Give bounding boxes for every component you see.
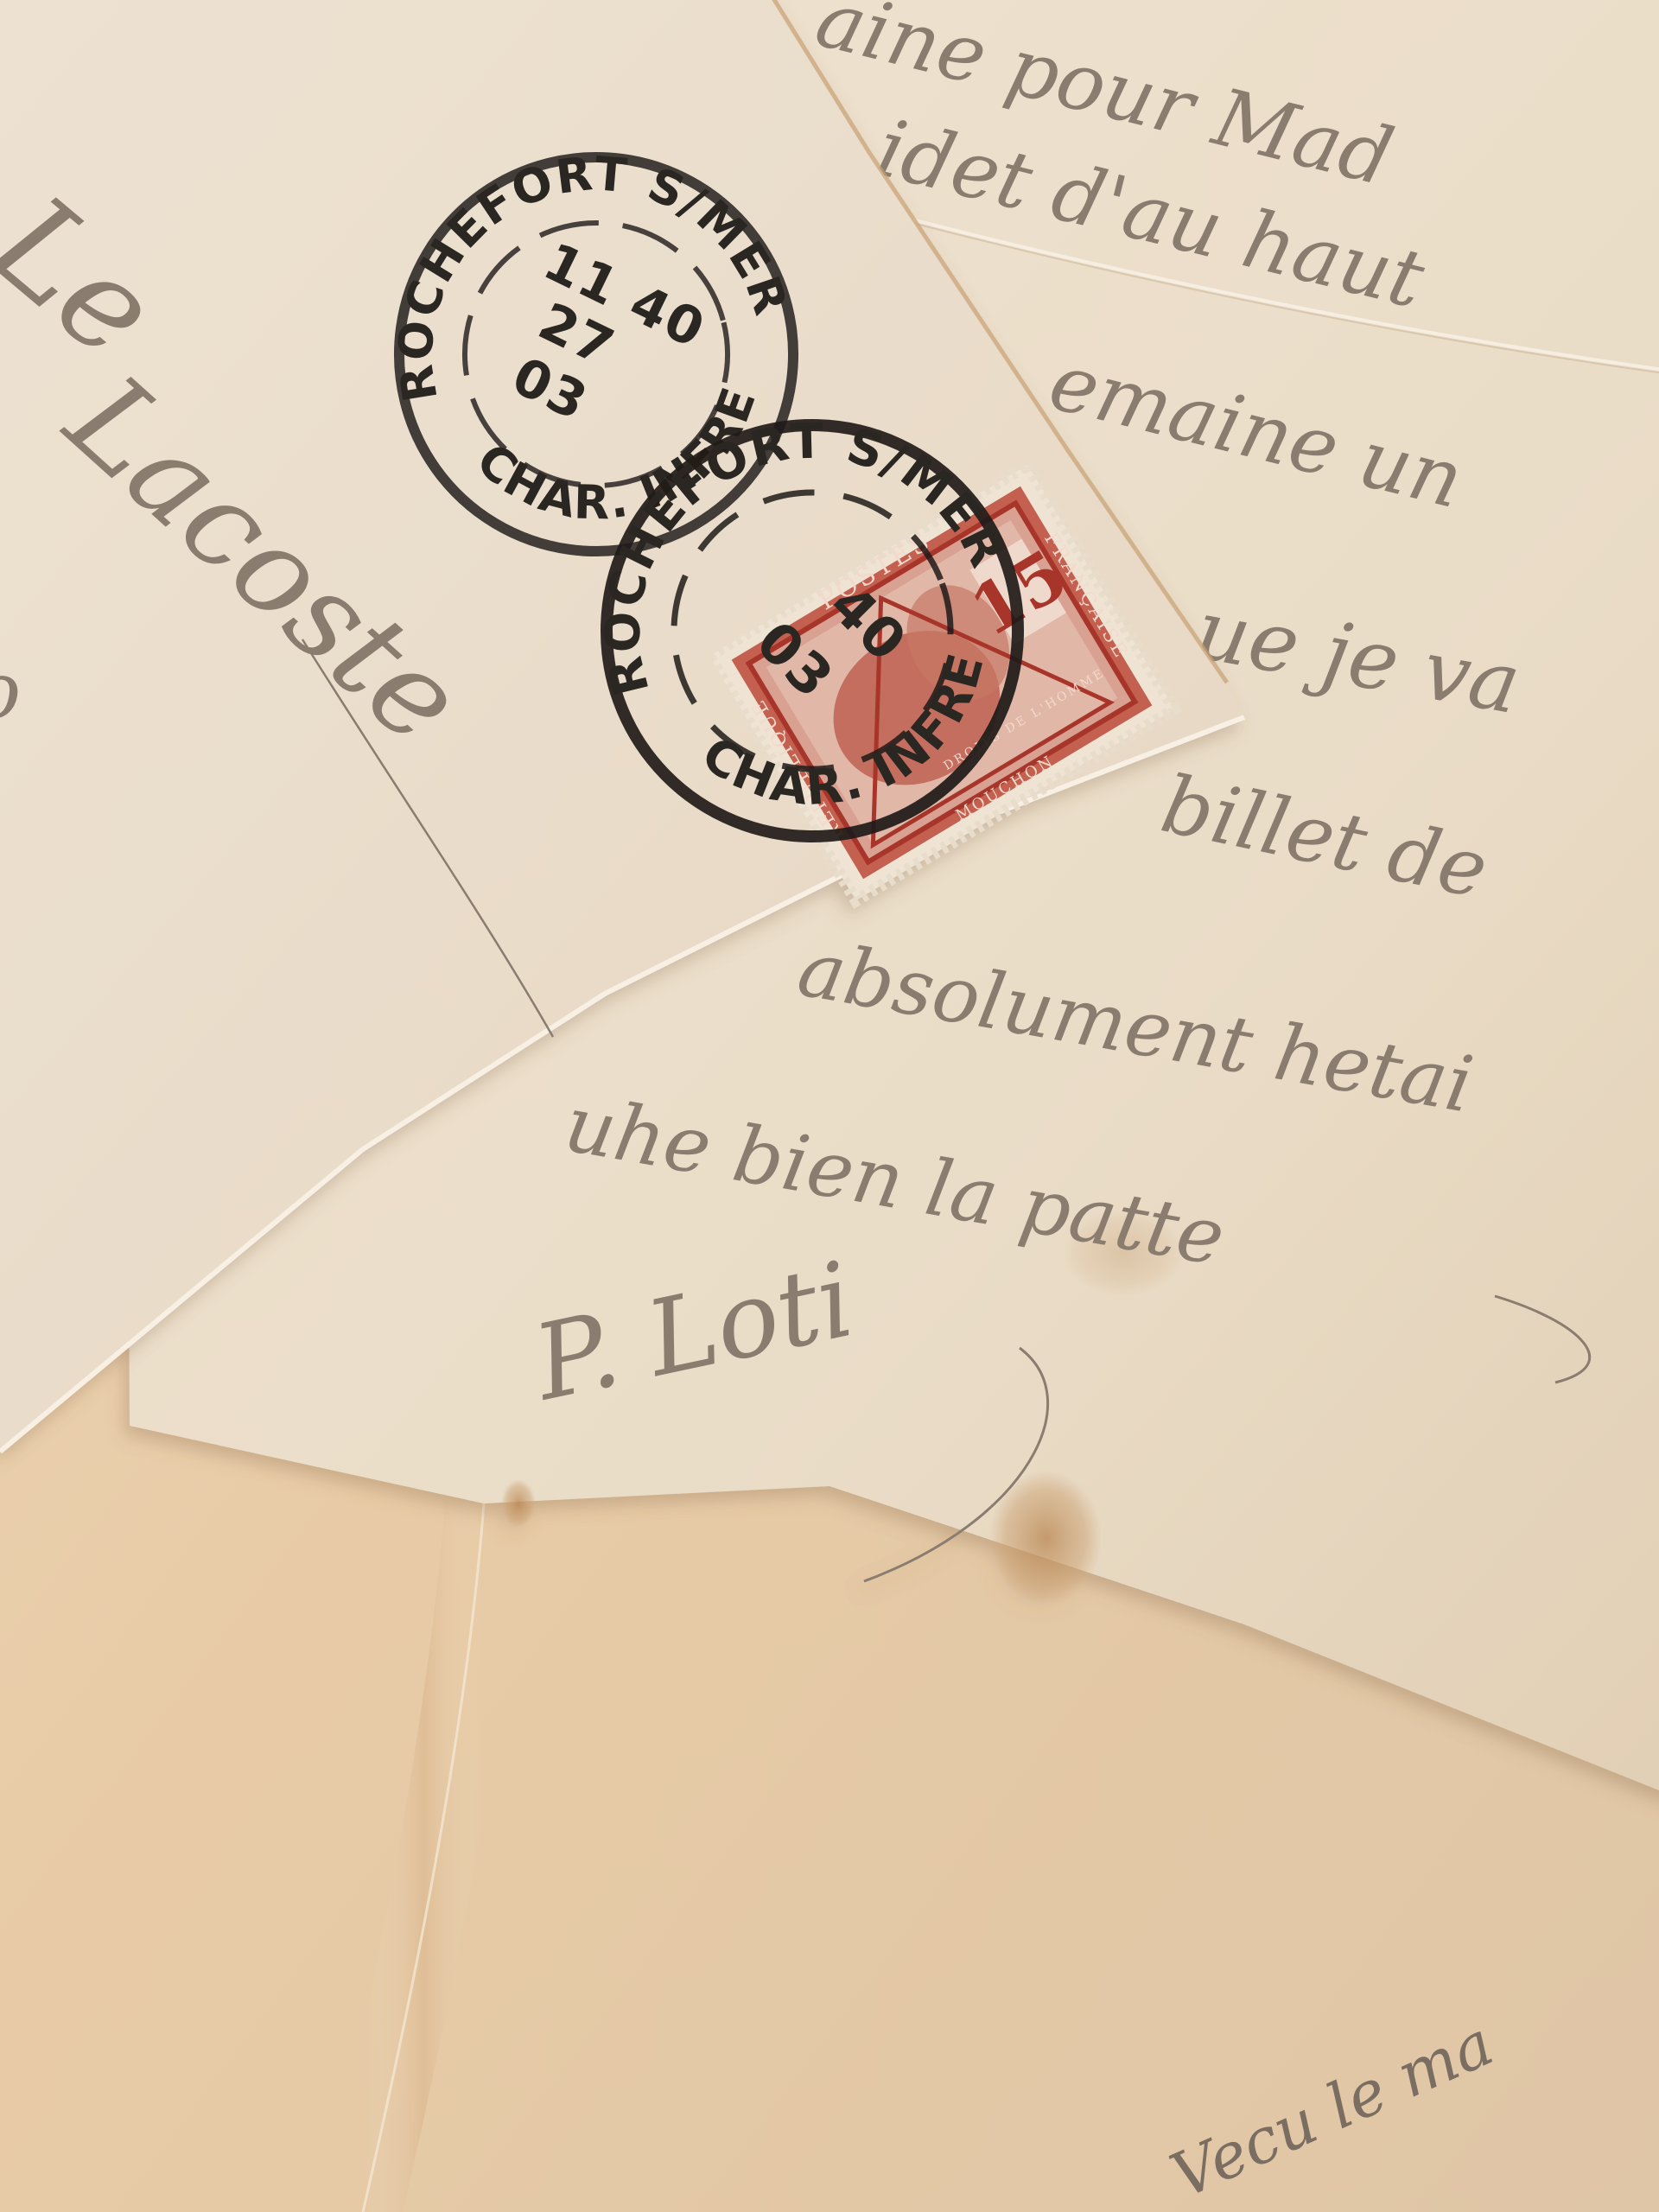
envelope-address-line: o bbox=[0, 645, 21, 736]
photo-scene: Vecu le ma aine pour Mad idet d'au haut … bbox=[0, 0, 1659, 2212]
foxing-stain bbox=[501, 1479, 536, 1528]
